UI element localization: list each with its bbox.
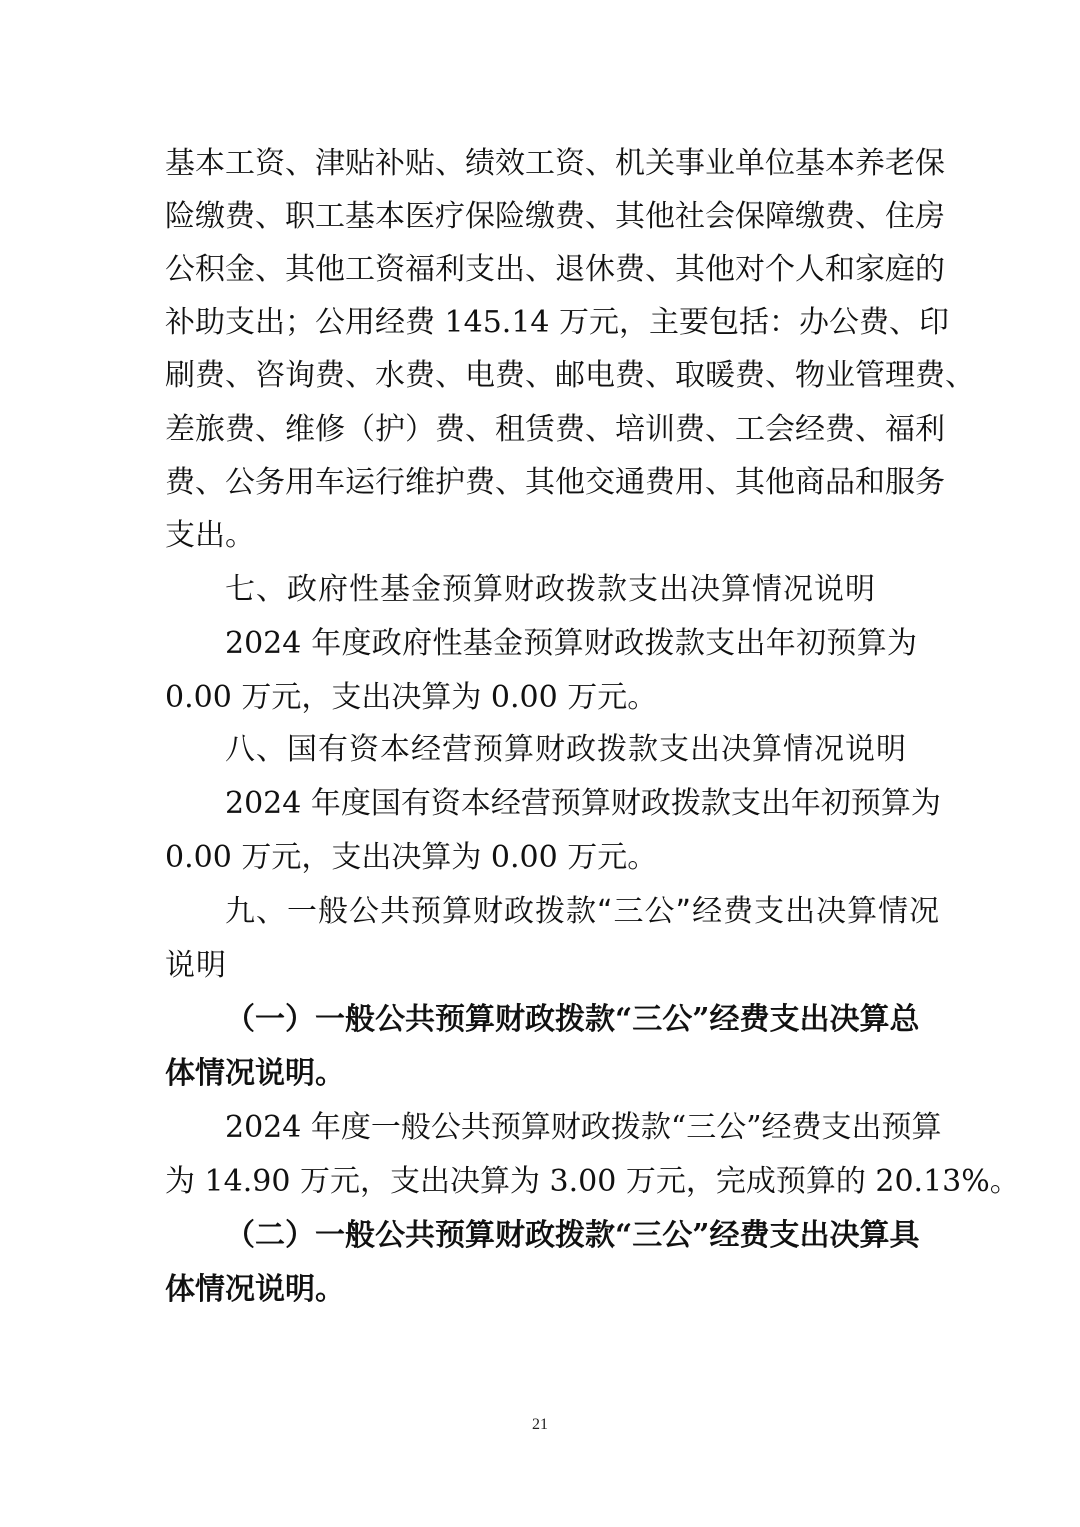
paragraph-line: 0.00 万元，支出决算为 0.00 万元。 bbox=[165, 678, 917, 718]
section-heading-9: 九、一般公共预算财政拨款“三公”经费支出决算情况 bbox=[225, 892, 917, 932]
section-heading-9-cont: 说明 bbox=[165, 946, 917, 986]
section-heading-8: 八、国有资本经营预算财政拨款支出决算情况说明 bbox=[225, 730, 917, 770]
paragraph-line: 刷费、咨询费、水费、电费、邮电费、取暖费、物业管理费、 bbox=[165, 356, 917, 396]
subsection-heading-2: （二）一般公共预算财政拨款“三公”经费支出决算具 bbox=[225, 1216, 917, 1256]
paragraph-line: 2024 年度一般公共预算财政拨款“三公”经费支出预算 bbox=[225, 1108, 917, 1148]
paragraph-line: 差旅费、维修（护）费、租赁费、培训费、工会经费、福利 bbox=[165, 410, 917, 450]
document-page: 基本工资、津贴补贴、绩效工资、机关事业单位基本养老保 险缴费、职工基本医疗保险缴… bbox=[0, 0, 1080, 1527]
paragraph-line: 2024 年度国有资本经营预算财政拨款支出年初预算为 bbox=[225, 784, 917, 824]
section-heading-7: 七、政府性基金预算财政拨款支出决算情况说明 bbox=[225, 570, 917, 610]
paragraph-line: 费、公务用车运行维护费、其他交通费用、其他商品和服务 bbox=[165, 463, 917, 503]
paragraph-line: 为 14.90 万元，支出决算为 3.00 万元，完成预算的 20.13%。 bbox=[165, 1162, 917, 1202]
subsection-heading-2-cont: 体情况说明。 bbox=[165, 1270, 917, 1310]
paragraph-line: 公积金、其他工资福利支出、退休费、其他对个人和家庭的 bbox=[165, 250, 917, 290]
subsection-heading-1: （一）一般公共预算财政拨款“三公”经费支出决算总 bbox=[225, 1000, 917, 1040]
paragraph-line: 险缴费、职工基本医疗保险缴费、其他社会保障缴费、住房 bbox=[165, 197, 917, 237]
paragraph-line: 2024 年度政府性基金预算财政拨款支出年初预算为 bbox=[225, 624, 917, 664]
paragraph-line: 补助支出；公用经费 145.14 万元，主要包括：办公费、印 bbox=[165, 303, 917, 343]
subsection-heading-1-cont: 体情况说明。 bbox=[165, 1054, 917, 1094]
paragraph-line: 支出。 bbox=[165, 516, 917, 556]
paragraph-line: 基本工资、津贴补贴、绩效工资、机关事业单位基本养老保 bbox=[165, 144, 917, 184]
page-number: 21 bbox=[0, 1416, 1080, 1434]
paragraph-line: 0.00 万元，支出决算为 0.00 万元。 bbox=[165, 838, 917, 878]
